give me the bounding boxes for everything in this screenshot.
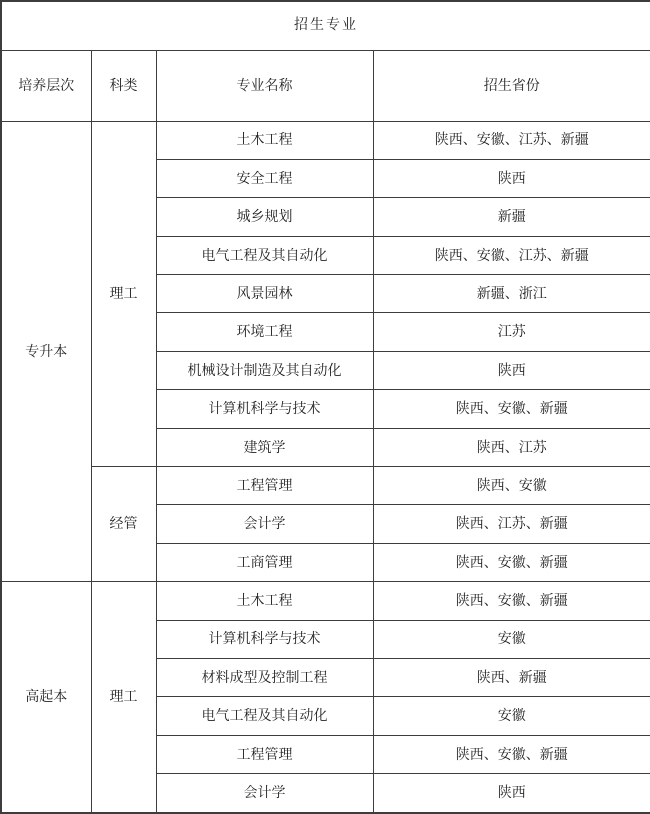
majors-table-body: 专升本理工土木工程陕西、安徽、江苏、新疆安全工程陕西城乡规划新疆电气工程及其自动… bbox=[1, 121, 650, 813]
provinces-cell: 陕西、安徽、新疆 bbox=[373, 735, 650, 773]
major-name-cell: 安全工程 bbox=[156, 159, 373, 197]
major-name-cell: 土木工程 bbox=[156, 121, 373, 159]
enrollment-majors-table: 招生专业 培养层次 科类 专业名称 招生省份 专升本理工土木工程陕西、安徽、江苏… bbox=[0, 0, 650, 814]
major-name-cell: 会计学 bbox=[156, 774, 373, 813]
major-name-cell: 机械设计制造及其自动化 bbox=[156, 351, 373, 389]
major-row: 高起本理工土木工程陕西、安徽、新疆 bbox=[1, 582, 650, 620]
provinces-cell: 陕西、安徽、新疆 bbox=[373, 390, 650, 428]
page: 招生专业 培养层次 科类 专业名称 招生省份 专升本理工土木工程陕西、安徽、江苏… bbox=[0, 0, 650, 814]
provinces-cell: 陕西、江苏 bbox=[373, 428, 650, 466]
table-title-row: 招生专业 bbox=[1, 1, 650, 50]
column-header-major: 专业名称 bbox=[156, 50, 373, 121]
category-cell: 理工 bbox=[91, 121, 156, 467]
major-name-cell: 电气工程及其自动化 bbox=[156, 236, 373, 274]
major-name-cell: 土木工程 bbox=[156, 582, 373, 620]
provinces-cell: 陕西 bbox=[373, 774, 650, 813]
provinces-cell: 新疆 bbox=[373, 198, 650, 236]
provinces-cell: 江苏 bbox=[373, 313, 650, 351]
table-title: 招生专业 bbox=[1, 1, 650, 50]
provinces-cell: 陕西、安徽 bbox=[373, 467, 650, 505]
major-name-cell: 城乡规划 bbox=[156, 198, 373, 236]
major-name-cell: 会计学 bbox=[156, 505, 373, 543]
major-row: 经管工程管理陕西、安徽 bbox=[1, 467, 650, 505]
provinces-cell: 陕西、安徽、新疆 bbox=[373, 543, 650, 581]
provinces-cell: 陕西、安徽、新疆 bbox=[373, 582, 650, 620]
provinces-cell: 陕西、安徽、江苏、新疆 bbox=[373, 121, 650, 159]
major-name-cell: 工程管理 bbox=[156, 735, 373, 773]
major-name-cell: 材料成型及控制工程 bbox=[156, 658, 373, 696]
column-header-category: 科类 bbox=[91, 50, 156, 121]
provinces-cell: 安徽 bbox=[373, 620, 650, 658]
provinces-cell: 陕西、江苏、新疆 bbox=[373, 505, 650, 543]
category-cell: 经管 bbox=[91, 467, 156, 582]
major-name-cell: 计算机科学与技术 bbox=[156, 390, 373, 428]
column-header-province: 招生省份 bbox=[373, 50, 650, 121]
major-name-cell: 工程管理 bbox=[156, 467, 373, 505]
provinces-cell: 陕西、新疆 bbox=[373, 658, 650, 696]
table-header-row: 培养层次 科类 专业名称 招生省份 bbox=[1, 50, 650, 121]
provinces-cell: 陕西、安徽、江苏、新疆 bbox=[373, 236, 650, 274]
provinces-cell: 新疆、浙江 bbox=[373, 275, 650, 313]
major-name-cell: 计算机科学与技术 bbox=[156, 620, 373, 658]
provinces-cell: 陕西 bbox=[373, 351, 650, 389]
major-name-cell: 环境工程 bbox=[156, 313, 373, 351]
column-header-level: 培养层次 bbox=[1, 50, 91, 121]
level-cell: 专升本 bbox=[1, 121, 91, 582]
major-name-cell: 风景园林 bbox=[156, 275, 373, 313]
provinces-cell: 陕西 bbox=[373, 159, 650, 197]
level-cell: 高起本 bbox=[1, 582, 91, 813]
major-name-cell: 建筑学 bbox=[156, 428, 373, 466]
major-name-cell: 工商管理 bbox=[156, 543, 373, 581]
provinces-cell: 安徽 bbox=[373, 697, 650, 735]
major-name-cell: 电气工程及其自动化 bbox=[156, 697, 373, 735]
major-row: 专升本理工土木工程陕西、安徽、江苏、新疆 bbox=[1, 121, 650, 159]
category-cell: 理工 bbox=[91, 582, 156, 813]
